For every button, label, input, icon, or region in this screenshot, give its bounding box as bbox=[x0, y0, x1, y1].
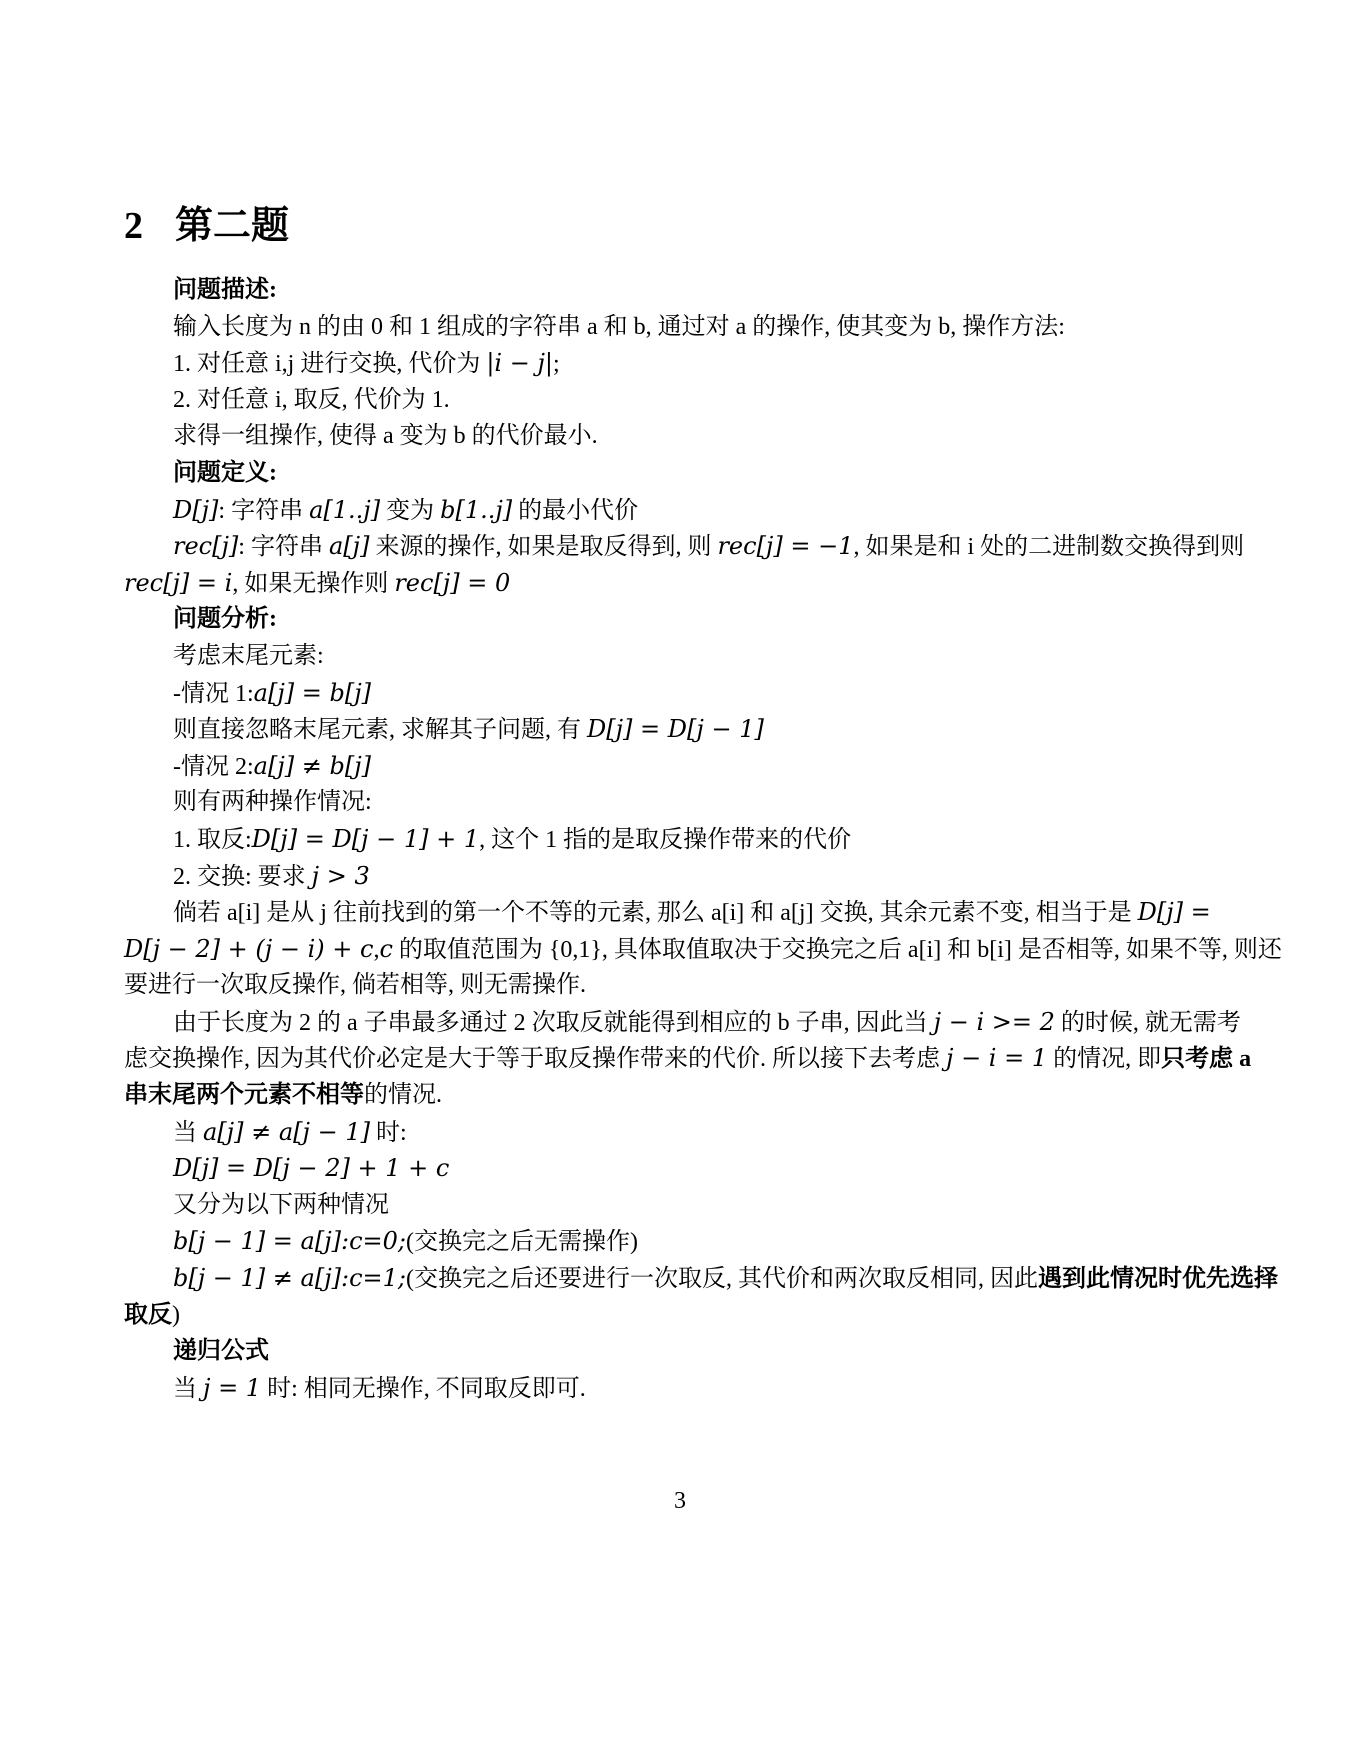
bold-text: 问题定义: bbox=[173, 460, 277, 486]
document-body: 问题描述:输入长度为 n 的由 0 和 1 组成的字符串 a 和 b, 通过对 … bbox=[124, 272, 1248, 1406]
section-number: 2 bbox=[124, 204, 175, 248]
text: 变为 bbox=[380, 498, 440, 524]
text: 时: bbox=[370, 1120, 407, 1146]
text-line: D[j]: 字符串 a[1..j] 变为 b[1..j] 的最小代价 bbox=[124, 492, 1248, 529]
math-text: D[j] bbox=[173, 496, 218, 524]
text: : 字符串 bbox=[218, 498, 309, 524]
page-number: 3 bbox=[0, 1488, 1360, 1515]
text: ; bbox=[553, 351, 560, 377]
text: 又分为以下两种情况 bbox=[173, 1192, 389, 1218]
text: 要进行一次取反操作, 倘若相等, 则无需操作. bbox=[124, 972, 586, 998]
document-page: 2第二题 问题描述:输入长度为 n 的由 0 和 1 组成的字符串 a 和 b,… bbox=[0, 0, 1360, 1760]
bold-text: 遇到此情况时优先选择 bbox=[1038, 1266, 1278, 1292]
text-line: 则有两种操作情况: bbox=[124, 784, 1248, 821]
text-line: 2. 对任意 i, 取反, 代价为 1. bbox=[124, 382, 1248, 419]
math-text: j − i = 1 bbox=[946, 1044, 1047, 1072]
text-line: b[j − 1] = a[j]:c=0;(交换完之后无需操作) bbox=[124, 1223, 1248, 1260]
bold-text: 只考虑 a bbox=[1161, 1046, 1251, 1072]
text: 1. 取反: bbox=[173, 827, 252, 853]
text: : 字符串 bbox=[238, 534, 329, 560]
text-line: 2. 交换: 要求 j > 3 bbox=[124, 858, 1248, 895]
math-text: rec[j] bbox=[173, 532, 238, 560]
bold-text: 问题分析: bbox=[173, 606, 277, 632]
bold-text: 串末尾两个元素不相等 bbox=[124, 1082, 364, 1108]
math-text: D[j] = D[j − 1] + 1 bbox=[252, 825, 479, 853]
text-line: 输入长度为 n 的由 0 和 1 组成的字符串 a 和 b, 通过对 a 的操作… bbox=[124, 309, 1248, 346]
math-text: rec[j] = −1 bbox=[717, 532, 853, 560]
text-line: 1. 对任意 i,j 进行交换, 代价为 |i − j|; bbox=[124, 345, 1248, 382]
math-text: b[1..j] bbox=[440, 496, 512, 524]
text-line: 取反) bbox=[124, 1297, 1248, 1334]
math-text: rec[j] = i bbox=[124, 569, 232, 597]
text: -情况 2: bbox=[173, 754, 254, 780]
text-line: D[j] = D[j − 2] + 1 + c bbox=[124, 1150, 1248, 1187]
math-text: a[j] = b[j] bbox=[254, 679, 371, 707]
text-line: 串末尾两个元素不相等的情况. bbox=[124, 1077, 1248, 1114]
text-line: 递归公式 bbox=[124, 1333, 1248, 1370]
text: (交换完之后还要进行一次取反, 其代价和两次取反相同, 因此 bbox=[406, 1266, 1038, 1292]
math-text: b[j − 1] = a[j]:c=0; bbox=[173, 1227, 406, 1255]
text: 的时候, 就无需考 bbox=[1055, 1010, 1241, 1036]
text: ) bbox=[172, 1302, 180, 1328]
text: , 这个 1 指的是取反操作带来的代价 bbox=[479, 827, 851, 853]
text-line: b[j − 1] ≠ a[j]:c=1;(交换完之后还要进行一次取反, 其代价和… bbox=[124, 1260, 1248, 1297]
math-text: c bbox=[379, 935, 392, 963]
text: , 如果无操作则 bbox=[232, 571, 394, 597]
text: 由于长度为 2 的 a 子串最多通过 2 次取反就能得到相应的 b 子串, 因此… bbox=[173, 1010, 934, 1036]
text-line: 倘若 a[i] 是从 j 往前找到的第一个不等的元素, 那么 a[i] 和 a[… bbox=[124, 894, 1248, 931]
math-text: b[j − 1] ≠ a[j]:c=1; bbox=[173, 1264, 406, 1292]
section-heading: 2第二题 bbox=[124, 204, 289, 248]
math-text: D[j] = D[j − 1] bbox=[587, 715, 764, 743]
text: 的情况. bbox=[364, 1082, 442, 1108]
text: , 如果是和 i 处的二进制数交换得到则 bbox=[853, 534, 1244, 560]
text-line: rec[j]: 字符串 a[j] 来源的操作, 如果是取反得到, 则 rec[j… bbox=[124, 528, 1248, 565]
text-line: 求得一组操作, 使得 a 变为 b 的代价最小. bbox=[124, 418, 1248, 455]
text: (交换完之后无需操作) bbox=[406, 1229, 638, 1255]
math-text: a[1..j] bbox=[309, 496, 380, 524]
section-title: 第二题 bbox=[175, 205, 289, 247]
text: 时: 相同无操作, 不同取反即可. bbox=[261, 1376, 586, 1402]
text-line: -情况 2:a[j] ≠ b[j] bbox=[124, 748, 1248, 785]
text: 的取值范围为 {0,1}, 具体取值取决于交换完之后 a[i] 和 b[i] 是… bbox=[393, 937, 1282, 963]
math-text: a[j] ≠ b[j] bbox=[254, 752, 371, 780]
text: 虑交换操作, 因为其代价必定是大于等于取反操作带来的代价. 所以接下去考虑 bbox=[124, 1046, 946, 1072]
text-line: 考虑末尾元素: bbox=[124, 638, 1248, 675]
text-line: 要进行一次取反操作, 倘若相等, 则无需操作. bbox=[124, 967, 1248, 1004]
text: 输入长度为 n 的由 0 和 1 组成的字符串 a 和 b, 通过对 a 的操作… bbox=[173, 314, 1065, 340]
math-text: D[j] = bbox=[1138, 898, 1211, 926]
text-line: 当 a[j] ≠ a[j − 1] 时: bbox=[124, 1114, 1248, 1151]
text-line: 1. 取反:D[j] = D[j − 1] + 1, 这个 1 指的是取反操作带… bbox=[124, 821, 1248, 858]
text: 的情况, 即 bbox=[1047, 1046, 1161, 1072]
math-text: D[j] = D[j − 2] + 1 + c bbox=[173, 1154, 449, 1182]
text: 倘若 a[i] 是从 j 往前找到的第一个不等的元素, 那么 a[i] 和 a[… bbox=[173, 900, 1138, 926]
math-text: j > 3 bbox=[312, 862, 370, 890]
text: 2. 对任意 i, 取反, 代价为 1. bbox=[173, 387, 450, 413]
bold-text: 递归公式 bbox=[173, 1338, 269, 1364]
text: 2. 交换: 要求 bbox=[173, 864, 312, 890]
text: 则直接忽略末尾元素, 求解其子问题, 有 bbox=[173, 717, 587, 743]
text-line: 又分为以下两种情况 bbox=[124, 1187, 1248, 1224]
math-text: rec[j] = 0 bbox=[394, 569, 510, 597]
text: 求得一组操作, 使得 a 变为 b 的代价最小. bbox=[173, 423, 598, 449]
math-text: j − i >= 2 bbox=[934, 1008, 1055, 1036]
math-text: D[j − 2] + (j − i) + c bbox=[124, 935, 373, 963]
text-line: 当 j = 1 时: 相同无操作, 不同取反即可. bbox=[124, 1370, 1248, 1407]
text: 1. 对任意 i,j 进行交换, 代价为 bbox=[173, 351, 486, 377]
text-line: D[j − 2] + (j − i) + c,c 的取值范围为 {0,1}, 具… bbox=[124, 931, 1248, 968]
text: 考虑末尾元素: bbox=[173, 643, 324, 669]
text: 则有两种操作情况: bbox=[173, 789, 372, 815]
text-line: 问题分析: bbox=[124, 601, 1248, 638]
math-text: |i − j| bbox=[486, 349, 553, 377]
text: 当 bbox=[173, 1376, 203, 1402]
text-line: 问题定义: bbox=[124, 455, 1248, 492]
math-text: j = 1 bbox=[203, 1374, 261, 1402]
text-line: 由于长度为 2 的 a 子串最多通过 2 次取反就能得到相应的 b 子串, 因此… bbox=[124, 1004, 1248, 1041]
text-line: 则直接忽略末尾元素, 求解其子问题, 有 D[j] = D[j − 1] bbox=[124, 711, 1248, 748]
text-line: 问题描述: bbox=[124, 272, 1248, 309]
bold-text: 取反 bbox=[124, 1302, 172, 1328]
text-line: -情况 1:a[j] = b[j] bbox=[124, 675, 1248, 712]
text: 的最小代价 bbox=[512, 498, 638, 524]
bold-text: 问题描述: bbox=[173, 277, 277, 303]
text: 当 bbox=[173, 1120, 203, 1146]
text-line: 虑交换操作, 因为其代价必定是大于等于取反操作带来的代价. 所以接下去考虑 j … bbox=[124, 1040, 1248, 1077]
text-line: rec[j] = i, 如果无操作则 rec[j] = 0 bbox=[124, 565, 1248, 602]
text: -情况 1: bbox=[173, 681, 254, 707]
math-text: a[j] bbox=[329, 532, 369, 560]
text: 来源的操作, 如果是取反得到, 则 bbox=[369, 534, 717, 560]
math-text: a[j] ≠ a[j − 1] bbox=[203, 1118, 370, 1146]
